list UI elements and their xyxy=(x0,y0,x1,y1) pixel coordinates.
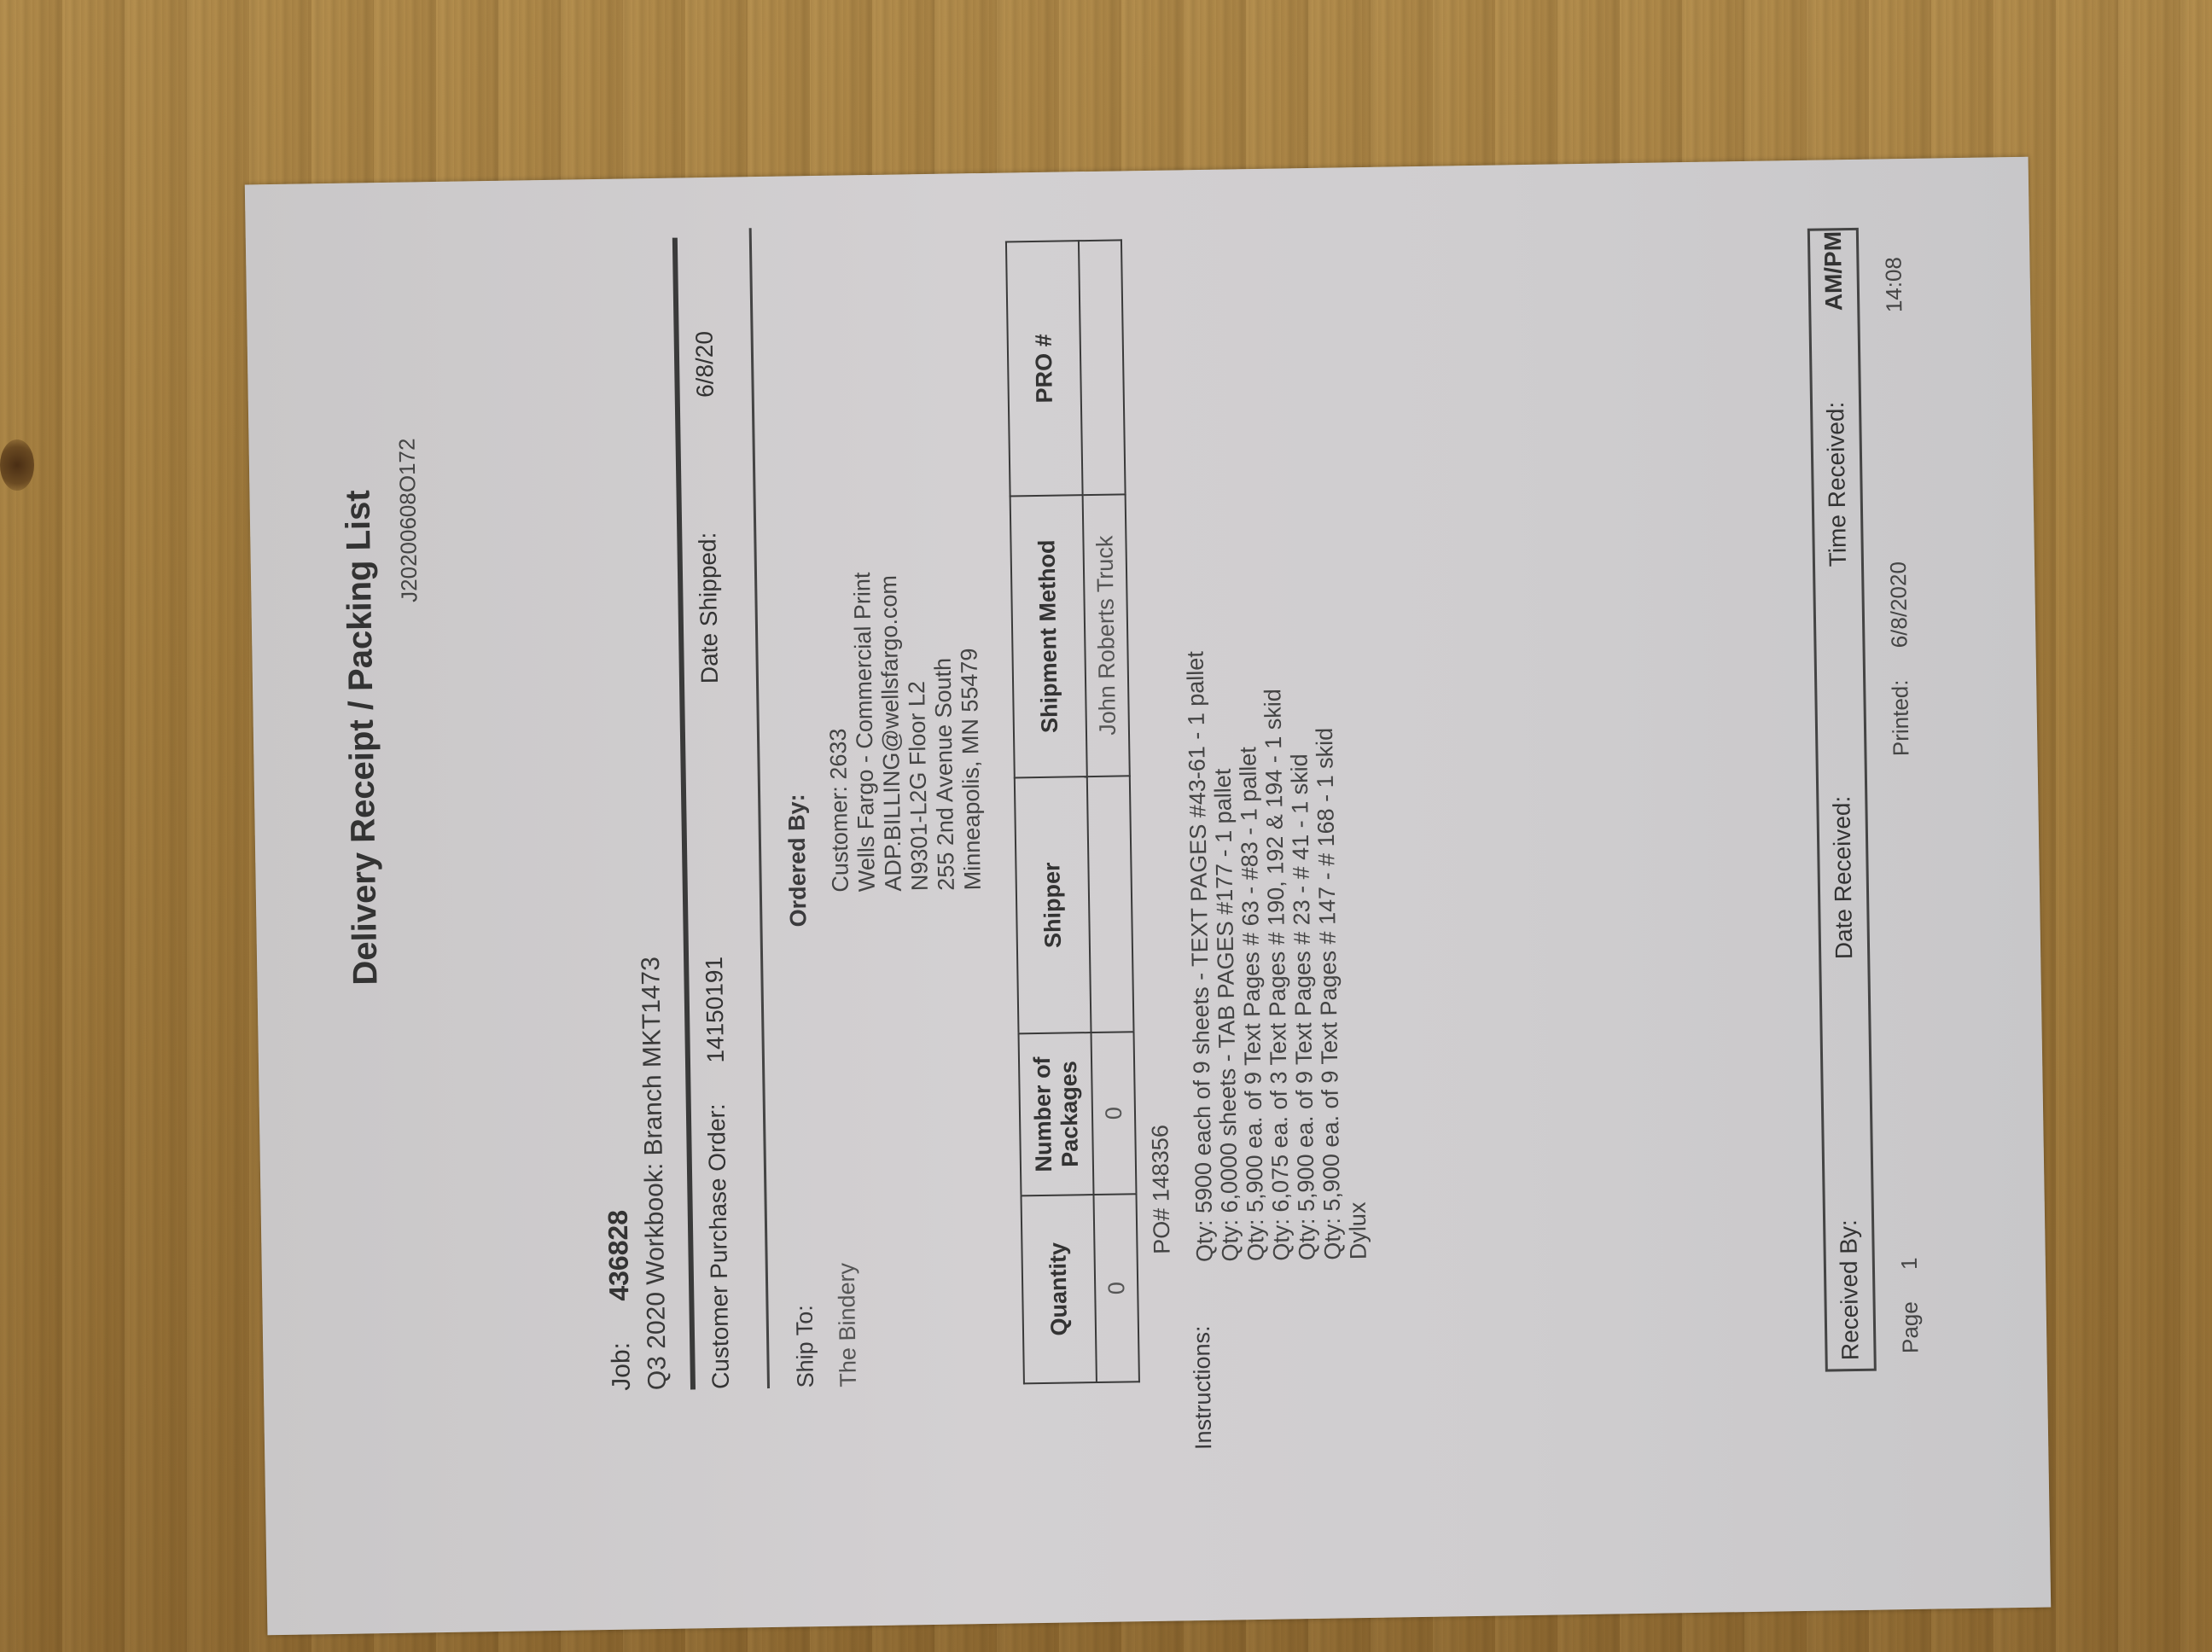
ship-to-name: The Bindery xyxy=(834,1263,862,1387)
instructions-list: Qty: 5900 each of 9 sheets - TEXT PAGES … xyxy=(1183,649,1371,1262)
ordered-by-line: Minneapolis, MN 55479 xyxy=(955,570,987,890)
delivery-receipt-page: Delivery Receipt / Packing List J2020060… xyxy=(245,157,2051,1636)
page-indicator: Page 1 xyxy=(1896,1257,1924,1353)
col-number-of-packages: Number of Packages xyxy=(1019,1032,1094,1195)
printed-value: 6/8/2020 xyxy=(1885,561,1912,649)
col-shipment-method: Shipment Method xyxy=(1010,495,1087,777)
page-number: 1 xyxy=(1896,1257,1922,1270)
document-number: J20200608O172 xyxy=(393,438,427,864)
document-title: Delivery Receipt / Packing List xyxy=(338,396,387,1079)
date-shipped-value: 6/8/20 xyxy=(691,331,719,398)
col-shipper: Shipper xyxy=(1015,777,1091,1033)
ordered-by-line: ADP.BILLING@wellsfargo.com xyxy=(876,572,907,892)
col-quantity: Quantity xyxy=(1022,1195,1097,1383)
job-label: Job: xyxy=(607,1342,636,1391)
time-received-label: Time Received: xyxy=(1820,311,1852,567)
cell-pro-number xyxy=(1079,240,1126,495)
job-row: Job: 436828 xyxy=(602,1210,637,1391)
printed-label: Printed: xyxy=(1887,679,1913,756)
po-number: PO# 148356 xyxy=(1147,1125,1175,1254)
date-received-label: Date Received: xyxy=(1825,567,1858,959)
paper-sheet: Delivery Receipt / Packing List J2020060… xyxy=(245,157,2051,1636)
shipment-table: Quantity Number of Packages Shipper Ship… xyxy=(1005,239,1140,1384)
customer-po-value: 14150191 xyxy=(701,957,729,1063)
cell-number-of-packages: 0 xyxy=(1091,1032,1137,1195)
received-by-label: Received By: xyxy=(1831,959,1865,1369)
ordered-by-address: Customer: 2633 Wells Fargo - Commercial … xyxy=(823,570,987,892)
ordered-by-label: Ordered By: xyxy=(783,794,812,928)
date-shipped-label: Date Shipped: xyxy=(694,532,723,683)
thin-divider xyxy=(749,228,770,1388)
customer-po-label: Customer Purchase Order: xyxy=(703,1103,734,1389)
printed-time: 14:08 xyxy=(1880,257,1907,313)
customer-po: Customer Purchase Order: 14150191 xyxy=(701,957,735,1389)
job-description: Q3 2020 Workbook: Branch MKT1473 xyxy=(637,957,672,1391)
cell-shipment-method: John Roberts Truck xyxy=(1083,494,1130,777)
wood-knot xyxy=(0,439,34,491)
date-shipped: Date Shipped: 6/8/20 xyxy=(691,331,724,684)
job-number: 436828 xyxy=(602,1210,635,1301)
page-label: Page xyxy=(1897,1301,1924,1353)
cell-shipper xyxy=(1087,776,1134,1032)
col-pro-number: PRO # xyxy=(1006,241,1083,496)
ampm-label: AM/PM xyxy=(1819,231,1848,311)
cell-quantity: 0 xyxy=(1093,1194,1138,1382)
receipt-signature-box: Received By: Date Received: Time Receive… xyxy=(1807,228,1877,1372)
ship-to-label: Ship To: xyxy=(791,1305,819,1388)
printed-date: Printed: 6/8/2020 xyxy=(1885,561,1915,757)
instructions-label: Instructions: xyxy=(1189,1325,1217,1450)
